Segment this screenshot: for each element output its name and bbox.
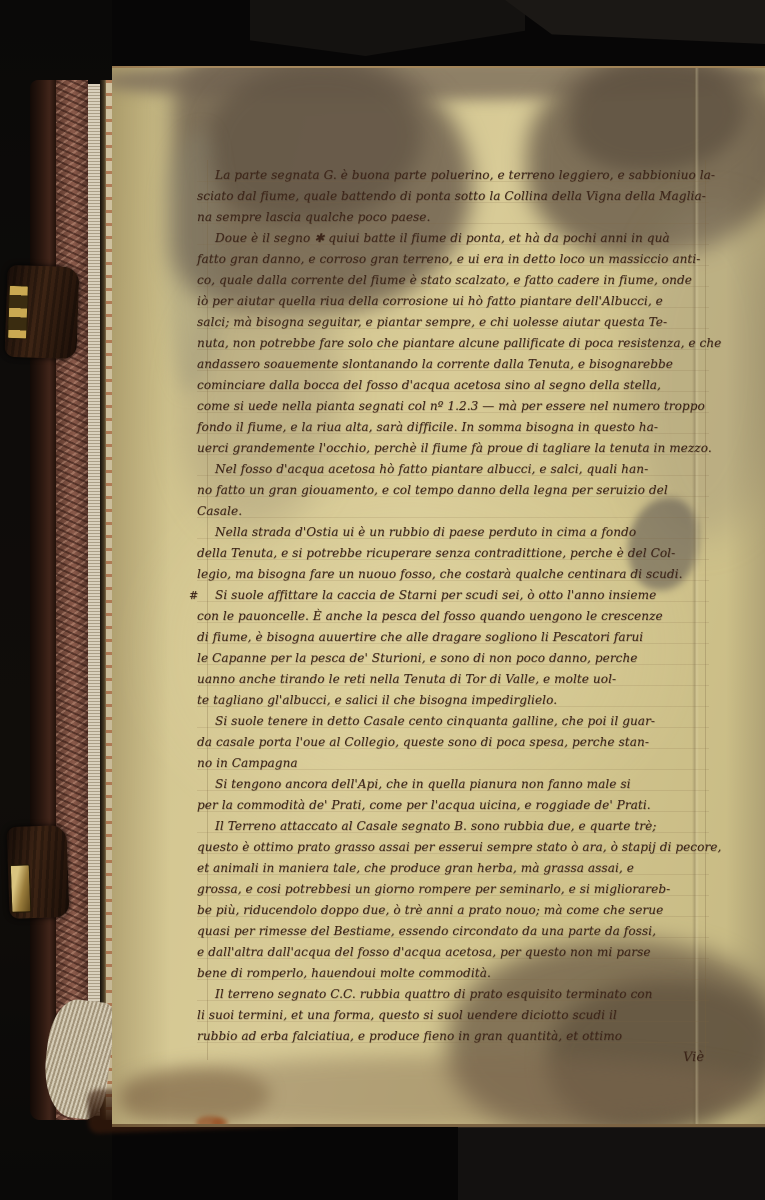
book-binding [30, 80, 114, 1120]
clasp-buckle [7, 285, 29, 340]
marbled-fore-edge [56, 80, 88, 1120]
manuscript-line: #Si suole affittare la caccia de Starni … [197, 585, 709, 606]
rust-spot [212, 1118, 228, 1127]
manuscript-line: be più, riducendolo doppo due, ò trè ann… [197, 900, 709, 921]
manuscript-line: nuta, non potrebbe fare solo che piantar… [197, 333, 709, 354]
manuscript-page: La parte segnata G. è buona parte poluer… [112, 66, 765, 1127]
clasp-top [4, 265, 79, 359]
manuscript-line: bene di romperlo, hauendoui molte commod… [197, 963, 709, 984]
manuscript-line: da casale porta l'oue al Collegio, quest… [197, 732, 709, 753]
manuscript-line: uanno anche tirando le reti nella Tenuta… [197, 669, 709, 690]
background-table-edge [458, 1126, 765, 1200]
manuscript-line: sciato dal fiume, quale battendo di pont… [197, 186, 709, 207]
manuscript-line: rubbio ad erba falciatiua, e produce fie… [197, 1026, 709, 1047]
manuscript-line: e dall'altra dall'acqua del fosso d'acqu… [197, 942, 709, 963]
manuscript-line: na sempre lascia qualche poco paese. [197, 207, 709, 228]
catchword: Viè [683, 1050, 704, 1065]
manuscript-line: grossa, e cosi potrebbesi un giorno romp… [197, 879, 709, 900]
manuscript-line: andassero soauemente slontanando la corr… [197, 354, 709, 375]
background-shadow-shape [505, 0, 765, 44]
manuscript-line: co, quale dalla corrente del fiume è sta… [197, 270, 709, 291]
manuscript-line: questo è ottimo prato grasso assai per e… [197, 837, 709, 858]
manuscript-line: Il terreno segnato C.C. rubbia quattro d… [197, 984, 709, 1005]
manuscript-line: di fiume, è bisogna auuertire che alle d… [197, 627, 709, 648]
background-shadow-shape [250, 0, 525, 56]
clasp-buckle [10, 864, 32, 913]
manuscript-line: fatto gran danno, e corroso gran terreno… [197, 249, 709, 270]
manuscript-line: uerci grandemente l'occhio, perchè il fi… [197, 438, 709, 459]
manuscript-line: Nel fosso d'acqua acetosa hò fatto piant… [197, 459, 709, 480]
manuscript-line: come si uede nella pianta segnati col nº… [197, 396, 709, 417]
book-cover-edge [30, 80, 56, 1120]
manuscript-line: Nella strada d'Ostia ui è un rubbio di p… [197, 522, 709, 543]
manuscript-line: et animali in maniera tale, che produce … [197, 858, 709, 879]
manuscript-line: fondo il fiume, e la riua alta, sarà dif… [197, 417, 709, 438]
manuscript-line: legio, ma bisogna fare un nuouo fosso, c… [197, 564, 709, 585]
manuscript-line: con le pauoncelle. È anche la pesca del … [197, 606, 709, 627]
manuscript-line: li suoi termini, et una forma, questo si… [197, 1005, 709, 1026]
manuscript-line: le Capanne per la pesca de' Sturioni, e … [197, 648, 709, 669]
manuscript-line: della Tenuta, e si potrebbe ricuperare s… [197, 543, 709, 564]
manuscript-line: Il Terreno attaccato al Casale segnato B… [197, 816, 709, 837]
manuscript-line: Si suole tenere in detto Casale cento ci… [197, 711, 709, 732]
manuscript-line: cominciare dalla bocca del fosso d'acqua… [197, 375, 709, 396]
manuscript-line: quasi per rimesse del Bestiame, essendo … [197, 921, 709, 942]
page-edge-stack [88, 84, 100, 1116]
manuscript-line: Casale. [197, 501, 709, 522]
page-edge-shading [726, 68, 765, 1124]
manuscript-text-block: La parte segnata G. è buona parte poluer… [197, 165, 709, 1050]
manuscript-photo: La parte segnata G. è buona parte poluer… [0, 0, 765, 1200]
manuscript-line: iò per aiutar quella riua della corrosio… [197, 291, 709, 312]
manuscript-line: no in Campagna [197, 753, 709, 774]
manuscript-line: La parte segnata G. è buona parte poluer… [197, 165, 709, 186]
manuscript-line: no fatto un gran giouamento, e col tempo… [197, 480, 709, 501]
manuscript-line: per la commodità de' Prati, come per l'a… [197, 795, 709, 816]
manuscript-line: salci; mà bisogna seguitar, e piantar se… [197, 312, 709, 333]
manuscript-line: Doue è il segno ✱ quiui batte il fiume d… [197, 228, 709, 249]
manuscript-line: te tagliano gl'albucci, e salici il che … [197, 690, 709, 711]
margin-mark: # [171, 585, 198, 606]
manuscript-line: Si tengono ancora dell'Api, che in quell… [197, 774, 709, 795]
clasp-bottom [6, 825, 69, 919]
